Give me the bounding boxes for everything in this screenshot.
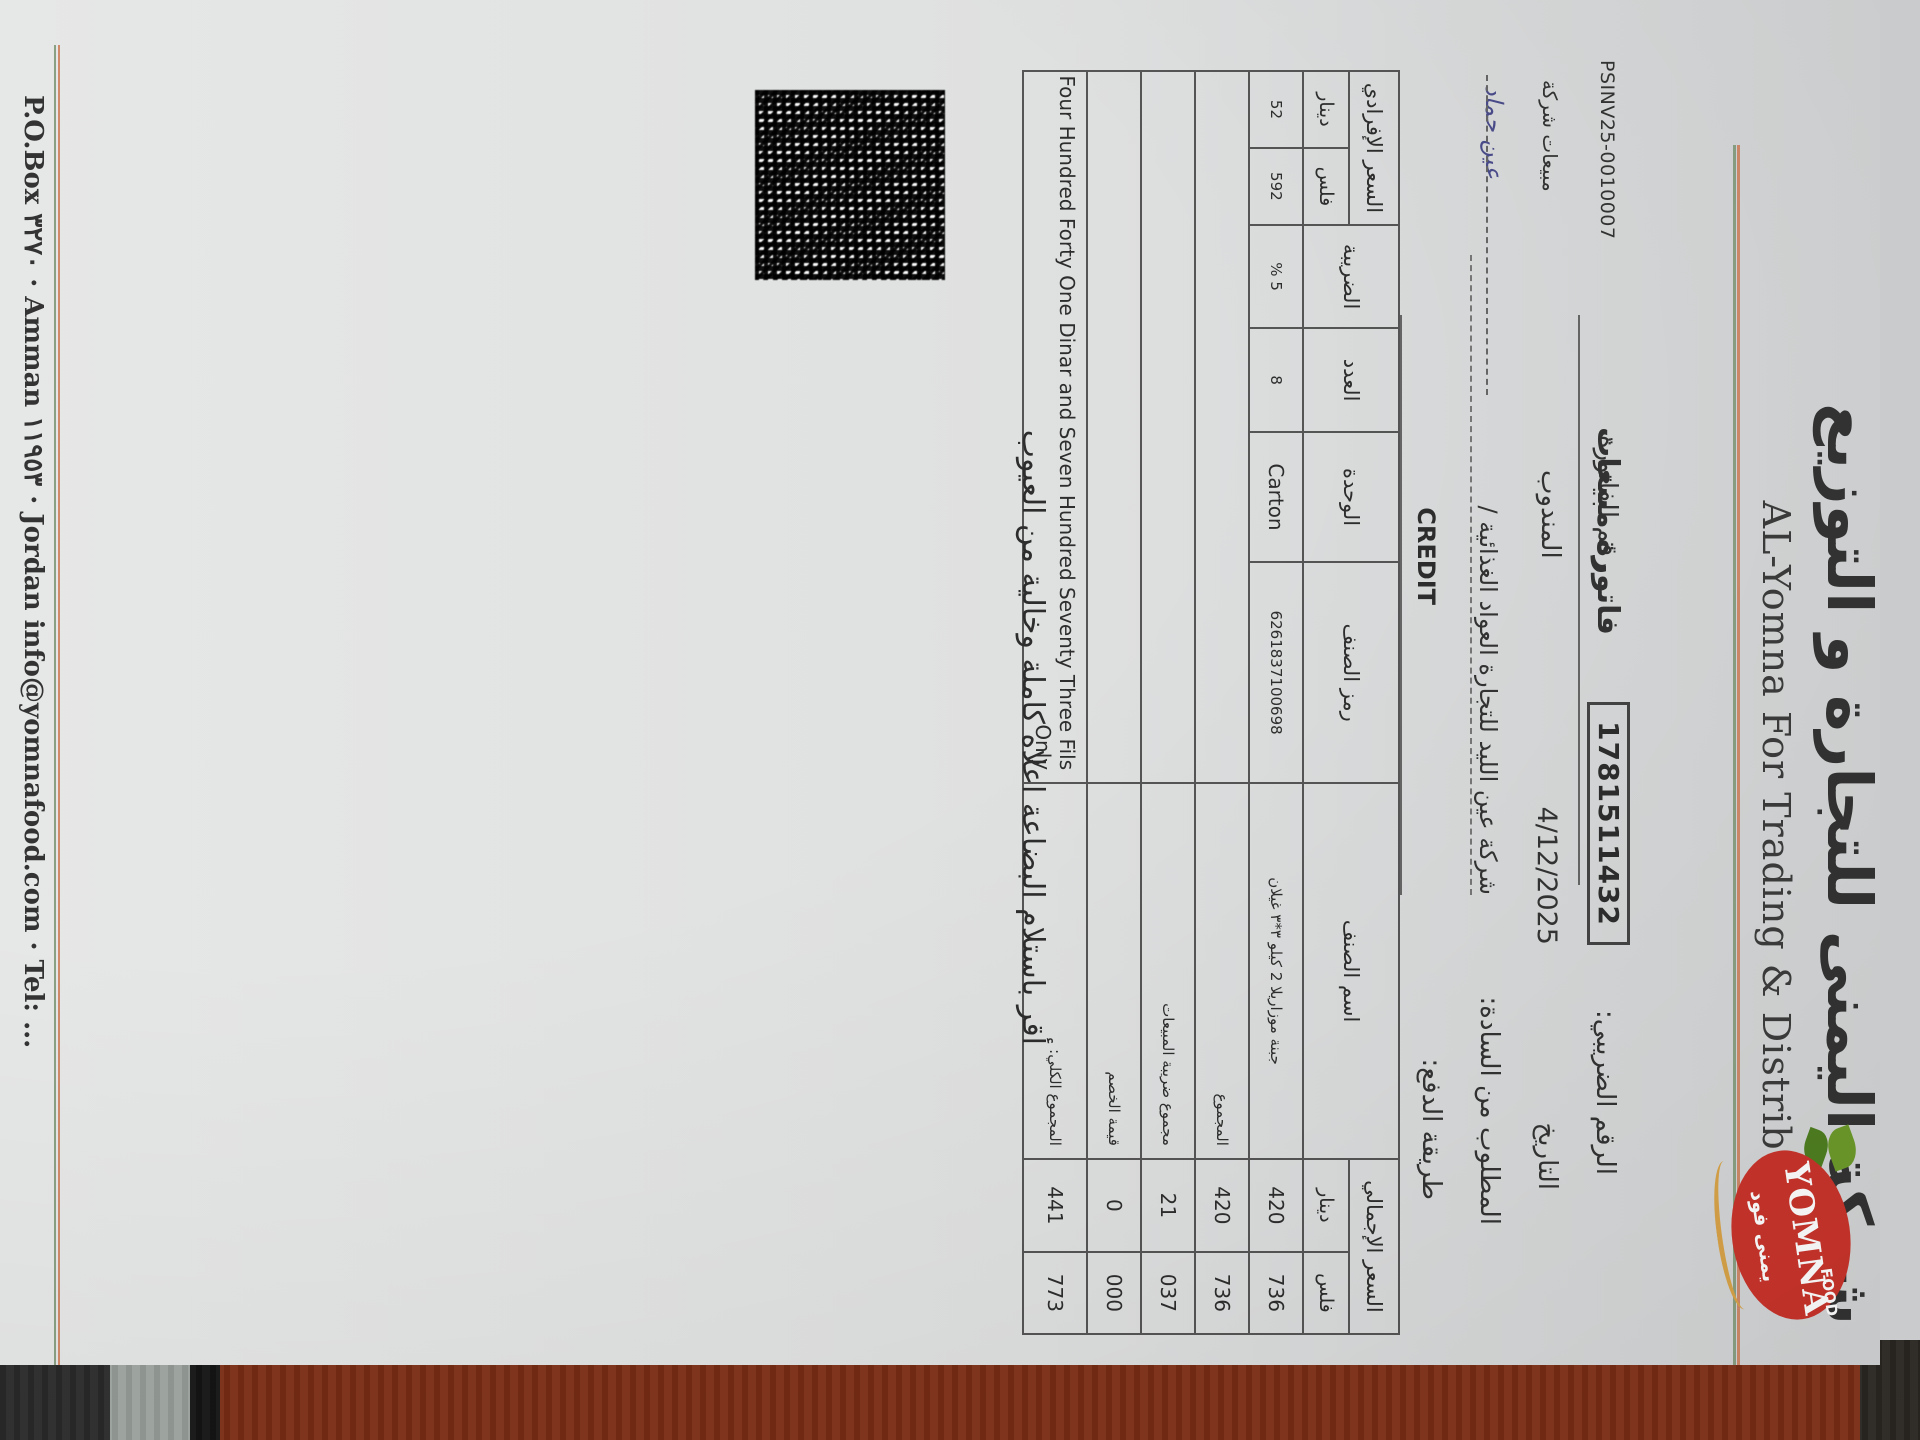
tax-total-fils: 037	[1141, 1252, 1195, 1334]
invoice-number-label: رقم الفاتورة	[1592, 435, 1622, 569]
invoice-items-table: السعر الإجمالي اسم الصنف رمز الصنف الوحد…	[1022, 70, 1400, 1335]
subtotal-fils: 736	[1195, 1252, 1249, 1334]
cell-total-fils: 736	[1249, 1252, 1303, 1334]
discount-label: قيمة الخصم	[1087, 783, 1141, 1159]
col-unit-price: السعر الإفرادي	[1349, 71, 1399, 225]
handwritten-note: عين حماد	[1480, 85, 1508, 179]
tax-number-value: 1781511432	[1587, 702, 1630, 945]
discount-dinar: 0	[1087, 1159, 1141, 1252]
col-unit-price-dinar: دينار	[1303, 71, 1349, 148]
cell-item-code: 6261837100698	[1249, 562, 1303, 783]
summary-row-discount: 000 0 قيمة الخصم	[1087, 71, 1141, 1334]
empty-cell	[1195, 71, 1249, 783]
col-item-name: اسم الصنف	[1303, 783, 1399, 1159]
receipt-acknowledgement: أقر باستلام البضاعة اعلاه كاملة وخالية م…	[1015, 430, 1050, 1045]
tax-total-label: مجموع ضريبة المبيعات	[1141, 783, 1195, 1159]
empty-cell	[1141, 71, 1195, 783]
col-total-fils: فلس	[1303, 1252, 1349, 1334]
invoice-number-value: PSINV25-0010007	[1596, 60, 1618, 239]
tax-total-dinar: 21	[1141, 1159, 1195, 1252]
col-unit: الوحدة	[1303, 432, 1399, 562]
summary-row-tax: 037 21 مجموع ضريبة المبيعات	[1141, 71, 1195, 1334]
cell-total-dinar: 420	[1249, 1159, 1303, 1252]
title-underline	[1578, 315, 1580, 885]
col-total-dinar: دينار	[1303, 1159, 1349, 1252]
subtotal-label: المجموع	[1195, 783, 1249, 1159]
customer-label: المطلوب من السادة:	[1474, 997, 1504, 1226]
sales-rep-value: مبيعات شركة	[1538, 80, 1562, 192]
cell-tax: 5 %	[1249, 225, 1303, 329]
company-logo: YOMNA FOOD يمنى فود	[1710, 1120, 1860, 1320]
cell-unit: Carton	[1249, 432, 1303, 562]
leaf-icon	[1822, 1124, 1862, 1171]
footer-rule-green	[54, 45, 56, 1365]
cell-unit-price-dinar: 52	[1249, 71, 1303, 148]
col-item-code: رمز الصنف	[1303, 562, 1399, 783]
grand-total-fils: 773	[1023, 1252, 1087, 1334]
invoice-sheet: شركة اليمنى للتجارة و التوزيع AL-Yomna F…	[0, 0, 1880, 1365]
payment-method-label: طريقة الدفع:	[1416, 1059, 1446, 1200]
payment-underline	[1400, 315, 1402, 895]
col-unit-price-fils: فلس	[1303, 148, 1349, 225]
date-value: 4/12/2025	[1531, 807, 1562, 945]
cell-item-name: جبنة موزاريلا 2 كيلو ٣*٣ غيلان	[1249, 783, 1303, 1159]
date-label: التاريخ	[1532, 1123, 1562, 1191]
col-total: السعر الإجمالي	[1349, 1159, 1399, 1334]
qr-code	[755, 90, 945, 280]
tax-number-label: الرقم الضريبي:	[1590, 1010, 1620, 1175]
table-row: 736 420 جبنة موزاريلا 2 كيلو ٣*٣ غيلان 6…	[1249, 71, 1303, 1334]
cell-quantity: 8	[1249, 328, 1303, 432]
discount-fils: 000	[1087, 1252, 1141, 1334]
cell-unit-price-fils: 592	[1249, 148, 1303, 225]
sales-rep-label: المندوب	[1535, 470, 1565, 559]
col-tax: الضريبة	[1303, 225, 1399, 329]
col-quantity: العدد	[1303, 328, 1399, 432]
empty-cell	[1087, 71, 1141, 783]
grand-total-dinar: 441	[1023, 1159, 1087, 1252]
subtotal-dinar: 420	[1195, 1159, 1249, 1252]
footer-address: P.O.Box ٣٢٧٠ · Amman ١١٩٥٣ · Jordan info…	[18, 95, 48, 1048]
handwriting-dashed-line	[1486, 75, 1488, 395]
summary-row-subtotal: 736 420 المجموع	[1195, 71, 1249, 1334]
payment-method-value: CREDIT	[1412, 507, 1440, 605]
footer-rule-orange	[58, 45, 60, 1365]
